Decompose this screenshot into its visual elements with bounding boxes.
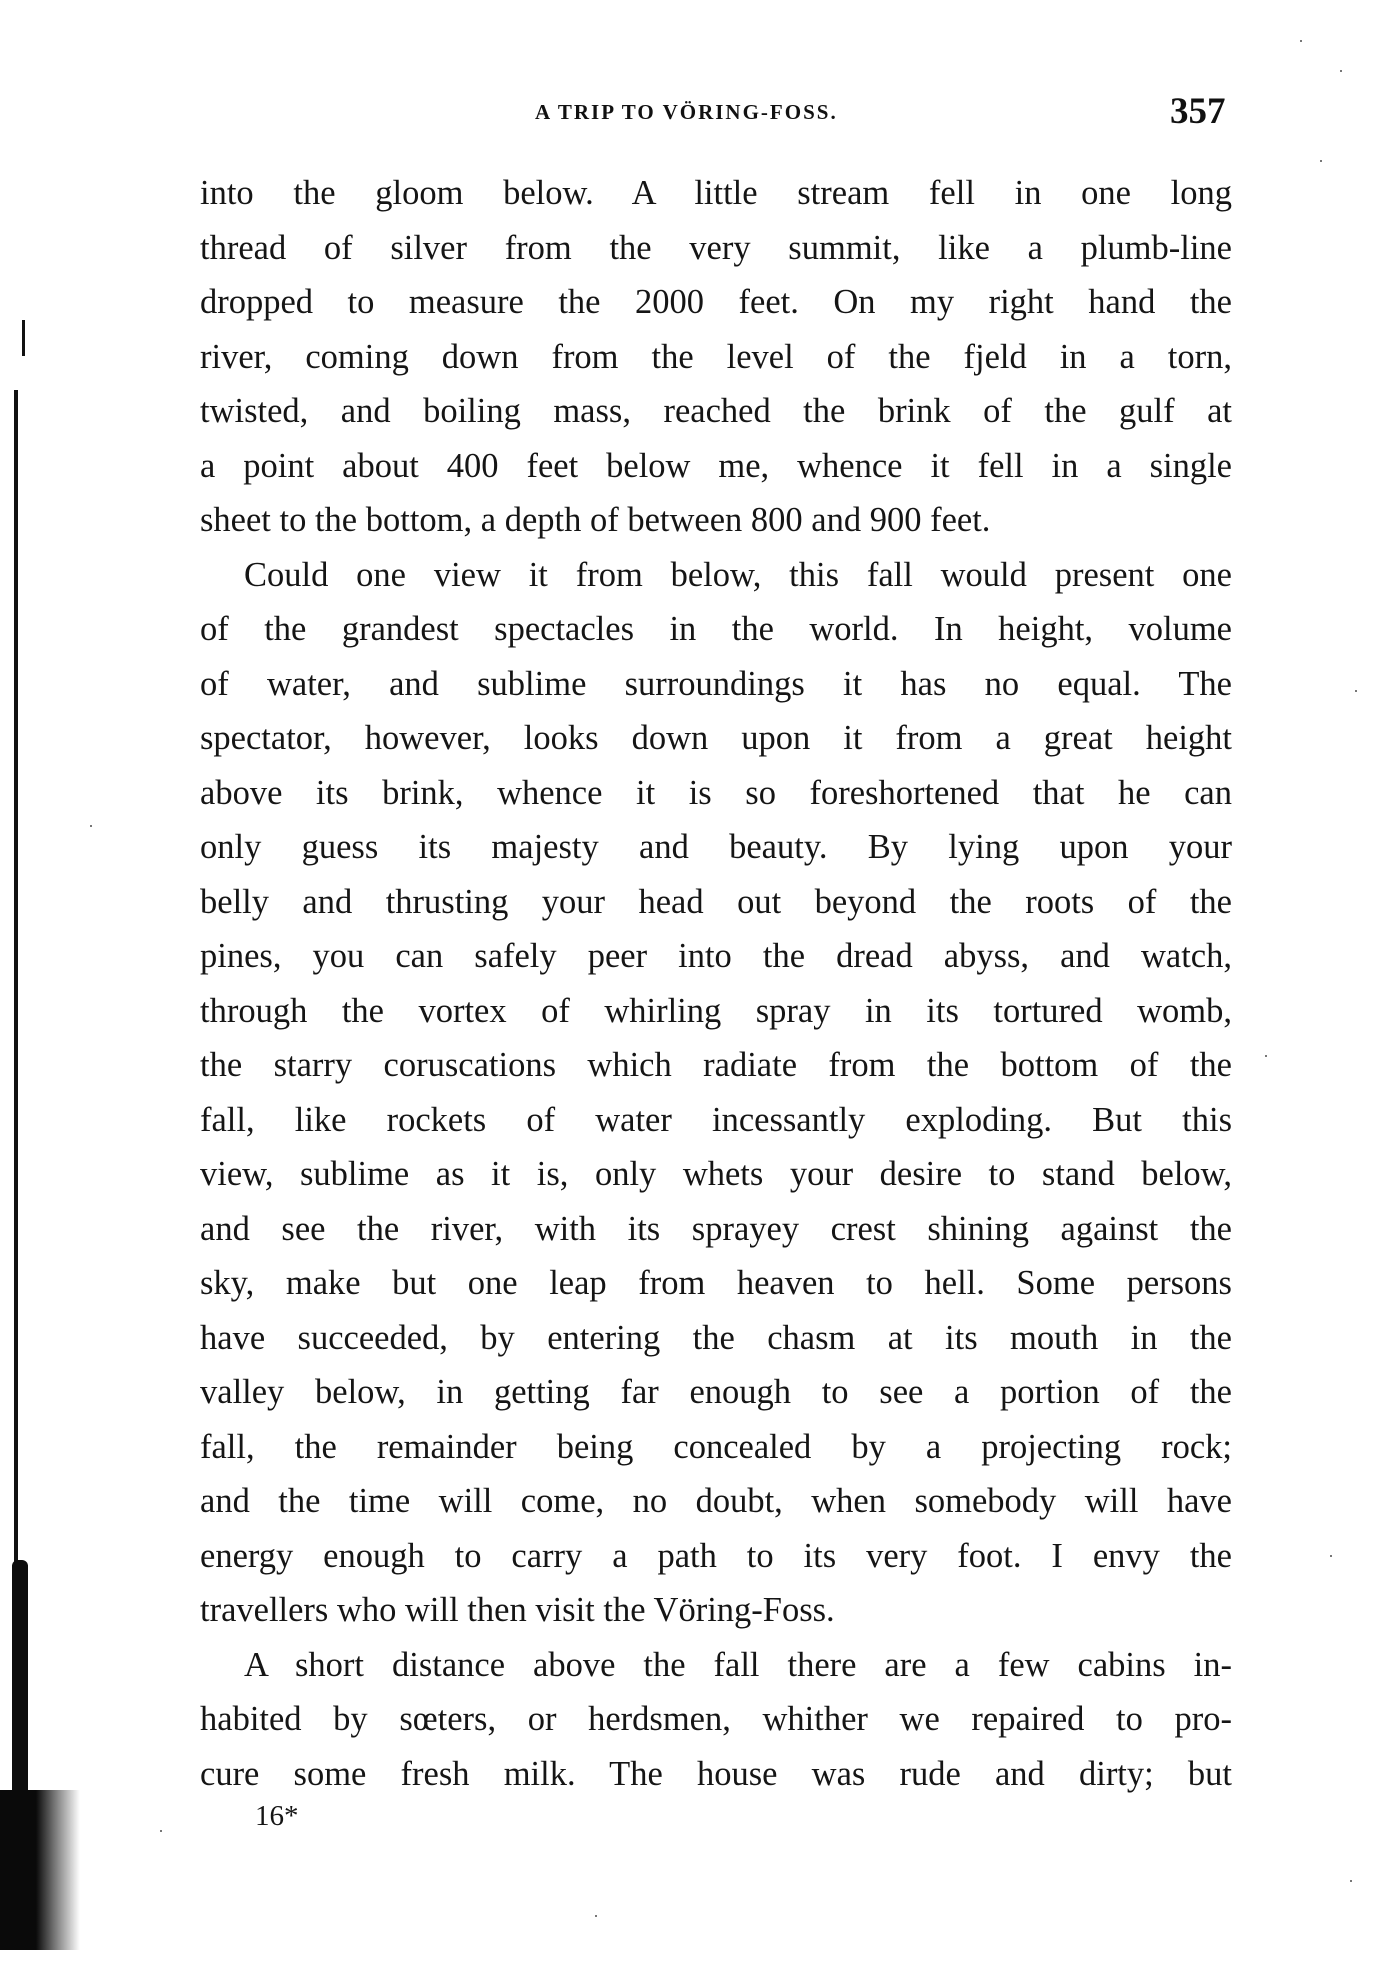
text-line: dropped to measure the 2000 feet. On my … bbox=[200, 275, 1232, 329]
scan-speckle bbox=[1265, 1055, 1267, 1057]
scan-speckle bbox=[1300, 40, 1302, 42]
binding-edge-shadow bbox=[12, 1560, 28, 1800]
text-line: and see the river, with its sprayey cres… bbox=[200, 1202, 1232, 1256]
text-line: thread of silver from the very summit, l… bbox=[200, 221, 1232, 275]
scan-artifact-mark bbox=[22, 320, 25, 356]
scan-speckle bbox=[160, 1830, 162, 1832]
scan-speckle bbox=[1350, 1880, 1352, 1882]
text-line: of water, and sublime surroundings it ha… bbox=[200, 657, 1232, 711]
text-line: through the vortex of whirling spray in … bbox=[200, 984, 1232, 1038]
text-line: energy enough to carry a path to its ver… bbox=[200, 1529, 1232, 1583]
text-line: twisted, and boiling mass, reached the b… bbox=[200, 384, 1232, 438]
text-line: a point about 400 feet below me, whence … bbox=[200, 439, 1232, 493]
scan-speckle bbox=[1355, 690, 1357, 692]
running-head: A TRIP TO VÖRING-FOSS. 357 bbox=[0, 96, 1395, 136]
text-line: of the grandest spectacles in the world.… bbox=[200, 602, 1232, 656]
scan-speckle bbox=[595, 1915, 597, 1917]
signature-mark: 16* bbox=[255, 1800, 299, 1833]
text-line: valley below, in getting far enough to s… bbox=[200, 1365, 1232, 1419]
text-line: sheet to the bottom, a depth of between … bbox=[200, 493, 1232, 547]
text-line: above its brink, whence it is so foresho… bbox=[200, 766, 1232, 820]
text-line: habited by sœters, or herdsmen, whither … bbox=[200, 1692, 1232, 1746]
text-line: pines, you can safely peer into the drea… bbox=[200, 929, 1232, 983]
scan-speckle bbox=[1320, 160, 1322, 162]
text-line: travellers who will then visit the Vörin… bbox=[200, 1583, 1232, 1637]
text-line: cure some fresh milk. The house was rude… bbox=[200, 1747, 1232, 1801]
text-line: and the time will come, no doubt, when s… bbox=[200, 1474, 1232, 1528]
text-line: sky, make but one leap from heaven to he… bbox=[200, 1256, 1232, 1310]
binding-corner-shadow bbox=[0, 1790, 80, 1950]
text-line: fall, the remainder being concealed by a… bbox=[200, 1420, 1232, 1474]
scan-speckle bbox=[90, 825, 92, 827]
scan-speckle bbox=[1340, 70, 1342, 72]
paragraph-start-line: A short distance above the fall there ar… bbox=[244, 1638, 1232, 1692]
scan-speckle bbox=[1330, 1555, 1332, 1557]
text-line: the starry coruscations which radiate fr… bbox=[200, 1038, 1232, 1092]
text-line: view, sublime as it is, only whets your … bbox=[200, 1147, 1232, 1201]
text-line: belly and thrusting your head out beyond… bbox=[200, 875, 1232, 929]
paragraph-start-line: Could one view it from below, this fall … bbox=[244, 548, 1232, 602]
text-line: into the gloom below. A little stream fe… bbox=[200, 166, 1232, 220]
text-line: river, coming down from the level of the… bbox=[200, 330, 1232, 384]
page-number: 357 bbox=[1170, 90, 1226, 133]
text-line: have succeeded, by entering the chasm at… bbox=[200, 1311, 1232, 1365]
text-line: fall, like rockets of water incessantly … bbox=[200, 1093, 1232, 1147]
text-line: spectator, however, looks down upon it f… bbox=[200, 711, 1232, 765]
book-page: A TRIP TO VÖRING-FOSS. 357 into the gloo… bbox=[0, 0, 1395, 1968]
running-title: A TRIP TO VÖRING-FOSS. bbox=[535, 100, 838, 125]
text-line: only guess its majesty and beauty. By ly… bbox=[200, 820, 1232, 874]
